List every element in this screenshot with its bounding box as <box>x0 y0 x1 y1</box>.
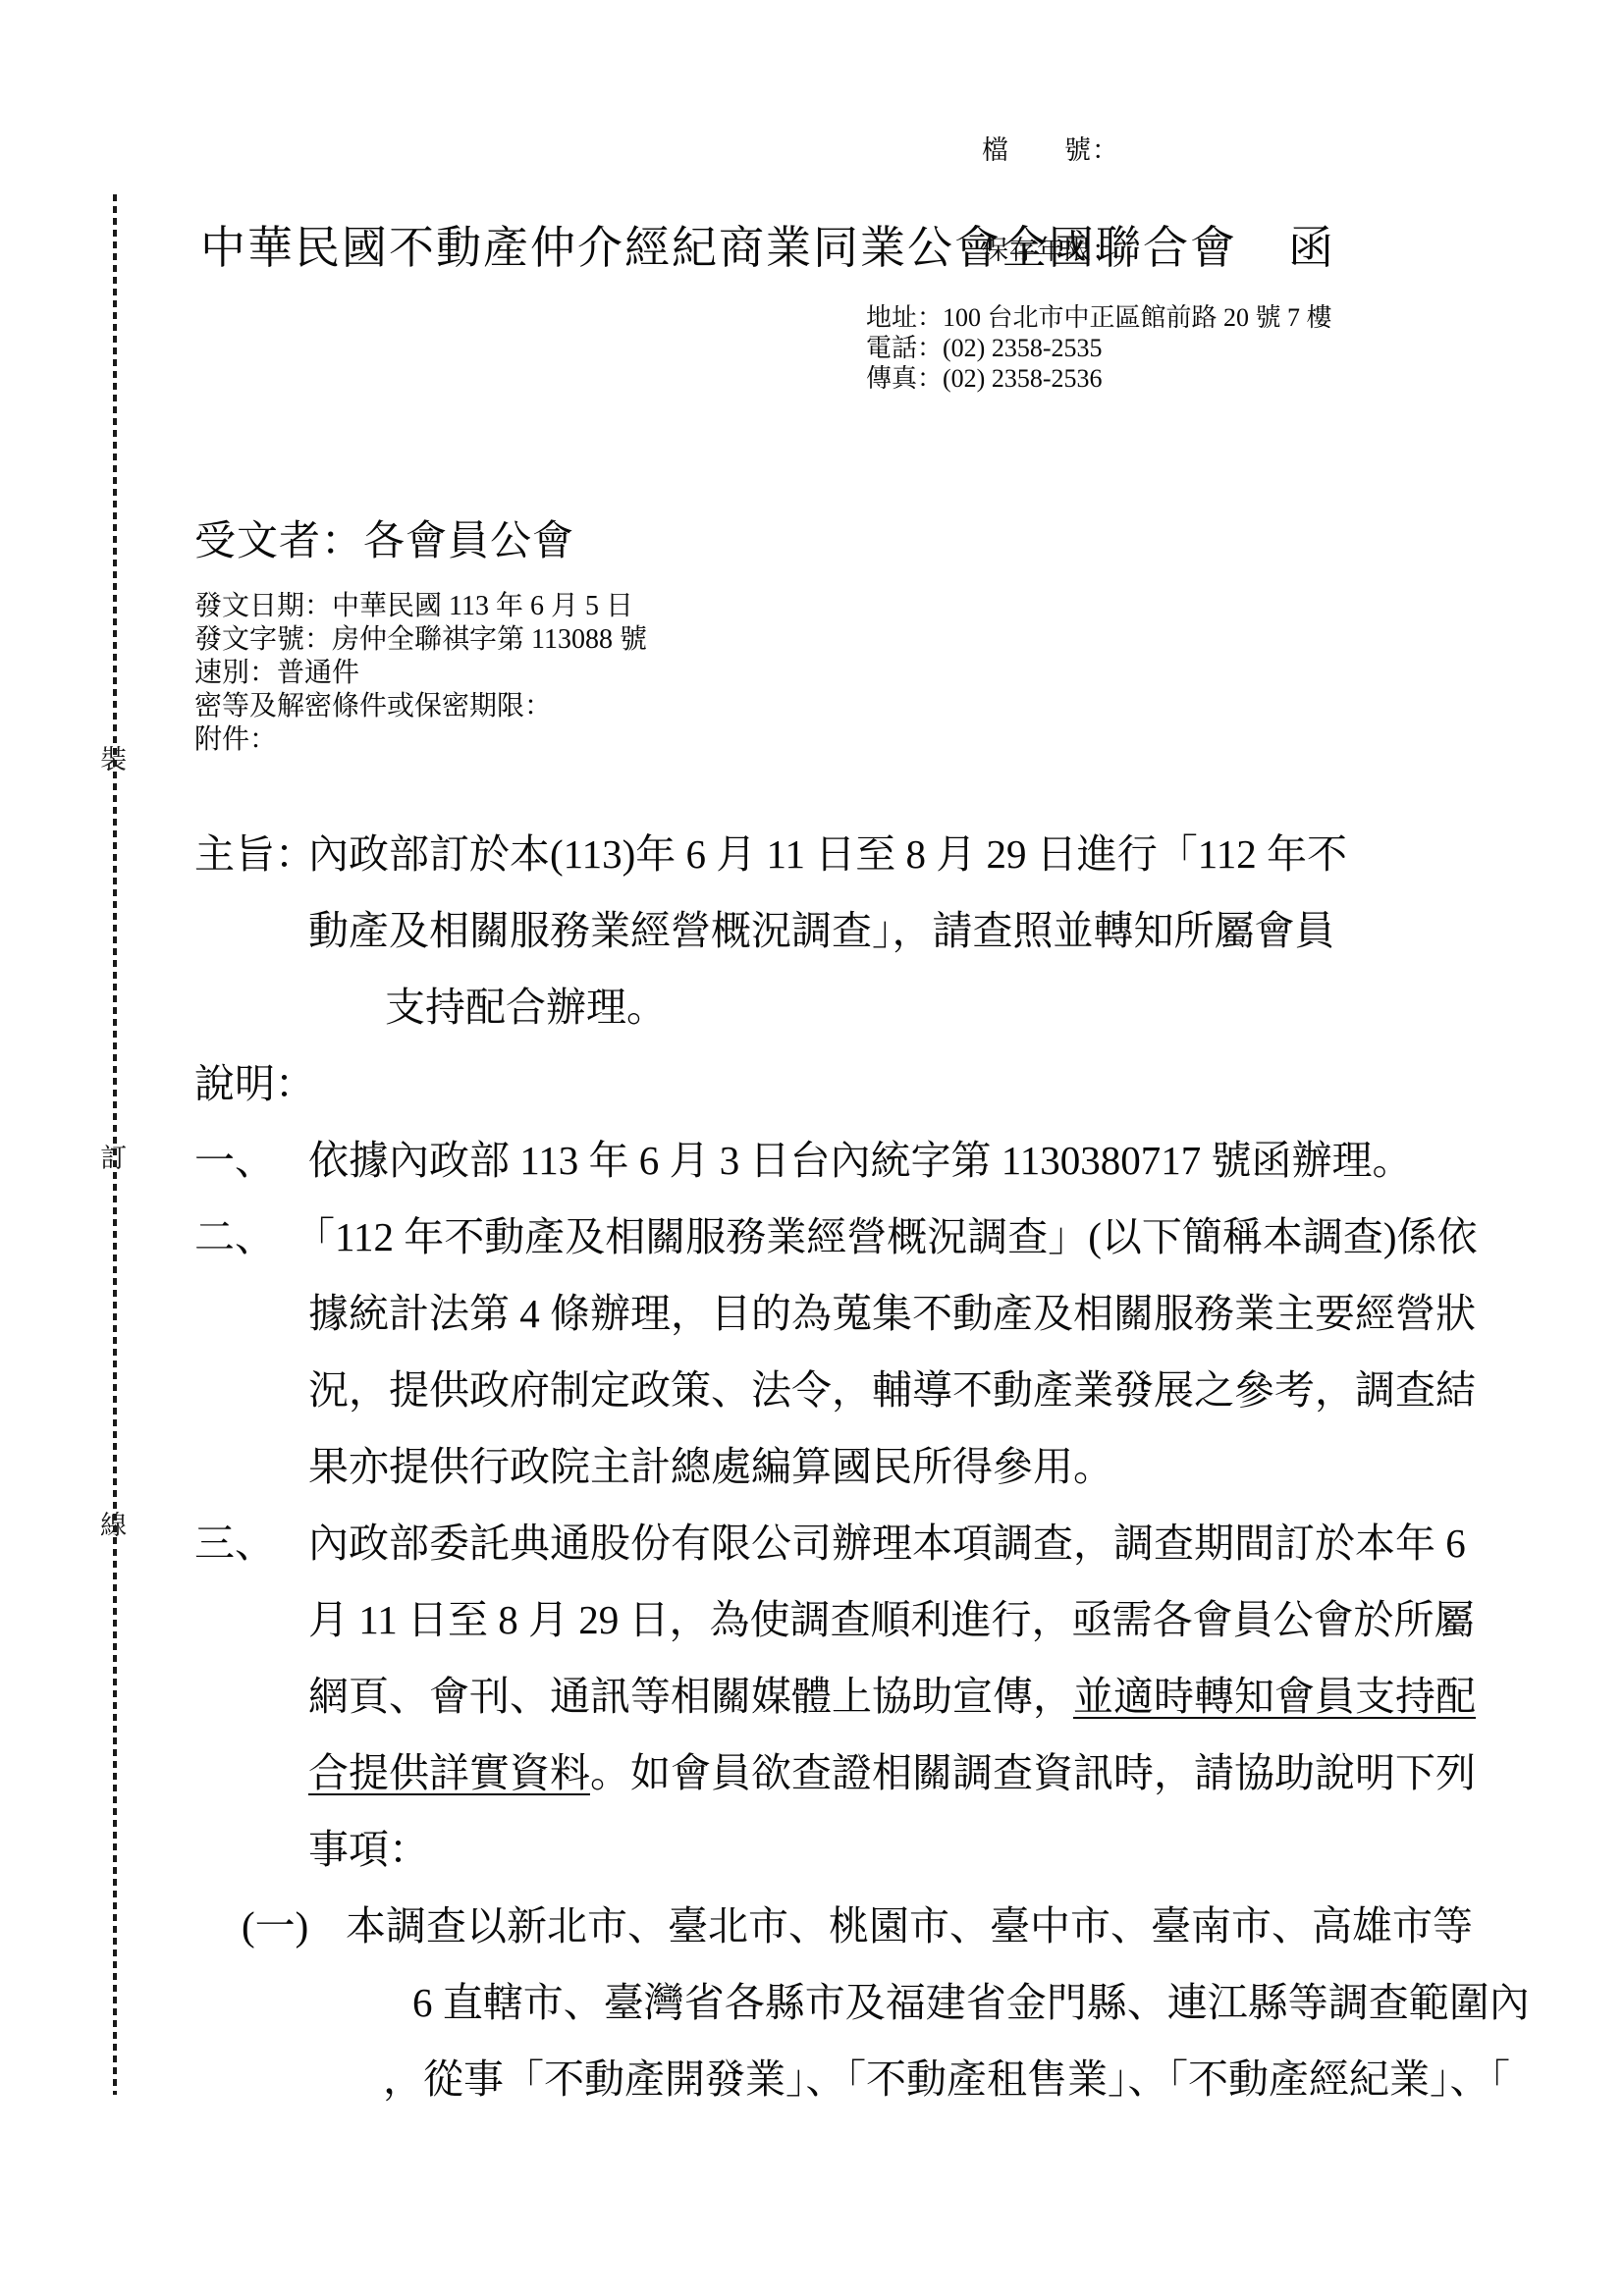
item-3-text: 事項： <box>308 1811 429 1888</box>
explanation-item-1: 一、 依據內政部 113 年 6 月 3 日台內統字第 1130380717 號… <box>0 1122 1624 1199</box>
attachment-line: 附件： <box>194 723 647 757</box>
subject-label: 主旨： <box>194 816 315 892</box>
explanation-item-2: 況，提供政府制定政策、法令，輔導不動產業發展之參考，調查結 <box>0 1352 1624 1428</box>
sub-item-1: 6 直轄市、臺灣省各縣市及福建省金門縣、連江縣等調查範圍內 <box>0 1964 1624 2041</box>
item-1-text: 依據內政部 113 年 6 月 3 日台內統字第 1130380717 號函辦理… <box>308 1122 1412 1199</box>
item-2-label: 二、 <box>194 1199 275 1275</box>
item-3-text-underlined: 並適時轉知會員支持配 <box>1073 1674 1476 1719</box>
file-info-block: 檔 號： 保存年限： <box>982 67 1119 334</box>
fax-line: 傳真：(02) 2358-2536 <box>866 363 1332 394</box>
sub-item-1: (一) 本調查以新北市、臺北市、桃園市、臺中市、臺南市、高雄市等 <box>0 1888 1624 1964</box>
subject-line: 支持配合辦理。 <box>0 969 1624 1045</box>
letter-body: 主旨： 內政部訂於本(113)年 6 月 11 日至 8 月 29 日進行「11… <box>0 816 1624 2117</box>
sub-item-1-text: 本調查以新北市、臺北市、桃園市、臺中市、臺南市、高雄市等 <box>346 1888 1473 1964</box>
item-3-text-underlined: 合提供詳實資料 <box>308 1750 590 1795</box>
explanation-item-2: 據統計法第 4 條辦理，目的為蒐集不動產及相關服務業主要經營狀 <box>0 1275 1624 1352</box>
subject-text: 內政部訂於本(113)年 6 月 11 日至 8 月 29 日進行「112 年不 <box>308 816 1347 892</box>
binding-mark-zhuang: 裝 <box>100 738 127 776</box>
phone-line: 電話：(02) 2358-2535 <box>866 333 1332 363</box>
explanation-item-3: 網頁、會刊、通訊等相關媒體上協助宣傳，並適時轉知會員支持配 <box>0 1658 1624 1735</box>
item-3-text: 內政部委託典通股份有限公司辦理本項調查，調查期間訂於本年 6 <box>308 1505 1466 1581</box>
address-line: 地址：100 台北市中正區館前路 20 號 7 樓 <box>866 302 1332 333</box>
explanation-item-3: 合提供詳實資料。如會員欲查證相關調查資訊時，請協助說明下列 <box>0 1735 1624 1811</box>
explanation-heading-line: 說明： <box>0 1045 1624 1122</box>
sub-item-1-text: 6 直轄市、臺灣省各縣市及福建省金門縣、連江縣等調查範圍內 <box>412 1964 1530 2041</box>
issue-date-line: 發文日期：中華民國 113 年 6 月 5 日 <box>194 590 647 623</box>
explanation-item-3: 月 11 日至 8 月 29 日，為使調查順利進行，亟需各會員公會於所屬 <box>0 1581 1624 1658</box>
item-3-text: 網頁、會刊、通訊等相關媒體上協助宣傳，並適時轉知會員支持配 <box>308 1658 1476 1735</box>
meta-block: 發文日期：中華民國 113 年 6 月 5 日 發文字號：房仲全聯祺字第 113… <box>194 590 647 757</box>
security-line: 密等及解密條件或保密期限： <box>194 690 647 723</box>
official-letter-page: 裝 訂 線 檔 號： 保存年限： 中華民國不動產仲介經紀商業同業公會全國聯合會函… <box>0 0 1624 2296</box>
letter-title-row: 中華民國不動產仲介經紀商業同業公會全國聯合會函 <box>200 212 1335 277</box>
document-type: 函 <box>1288 223 1335 273</box>
subject-line: 主旨： 內政部訂於本(113)年 6 月 11 日至 8 月 29 日進行「11… <box>0 816 1624 892</box>
ref-number-line: 發文字號：房仲全聯祺字第 113088 號 <box>194 623 647 657</box>
explanation-item-3: 三、 內政部委託典通股份有限公司辦理本項調查，調查期間訂於本年 6 <box>0 1505 1624 1581</box>
item-2-text: 況，提供政府制定政策、法令，輔導不動產業發展之參考，調查結 <box>308 1352 1476 1428</box>
speed-line: 速別：普通件 <box>194 657 647 690</box>
item-3-text-plain: 網頁、會刊、通訊等相關媒體上協助宣傳， <box>308 1674 1073 1719</box>
item-3-text: 合提供詳實資料。如會員欲查證相關調查資訊時，請協助說明下列 <box>308 1735 1476 1811</box>
contact-block: 地址：100 台北市中正區館前路 20 號 7 樓 電話：(02) 2358-2… <box>866 302 1332 394</box>
item-2-text: 「112 年不動產及相關服務業經營概況調查」(以下簡稱本調查)係依 <box>295 1199 1478 1275</box>
sub-item-1: ，從事「不動產開發業」、「不動產租售業」、「不動產經紀業」、「 <box>0 2041 1624 2117</box>
explanation-item-2: 果亦提供行政院主計總處編算國民所得參用。 <box>0 1428 1624 1505</box>
subject-text: 支持配合辦理。 <box>385 969 667 1045</box>
item-3-text-plain: 。如會員欲查證相關調查資訊時，請協助說明下列 <box>590 1750 1476 1795</box>
recipient-line: 受文者：各會員公會 <box>194 508 574 567</box>
sub-item-1-text: ，從事「不動產開發業」、「不動產租售業」、「不動產經紀業」、「 <box>383 2041 1510 2117</box>
item-2-text: 果亦提供行政院主計總處編算國民所得參用。 <box>308 1428 1113 1505</box>
explanation-item-2: 二、 「112 年不動產及相關服務業經營概況調查」(以下簡稱本調查)係依 <box>0 1199 1624 1275</box>
issuer-name: 中華民國不動產仲介經紀商業同業公會全國聯合會 <box>200 223 1237 273</box>
item-3-text: 月 11 日至 8 月 29 日，為使調查順利進行，亟需各會員公會於所屬 <box>308 1581 1474 1658</box>
subject-line: 動產及相關服務業經營概況調查」，請查照並轉知所屬會員 <box>0 892 1624 969</box>
explanation-item-3: 事項： <box>0 1811 1624 1888</box>
subject-text: 動產及相關服務業經營概況調查」，請查照並轉知所屬會員 <box>308 892 1335 969</box>
item-2-text: 據統計法第 4 條辦理，目的為蒐集不動產及相關服務業主要經營狀 <box>308 1275 1476 1352</box>
file-number-label: 檔 號： <box>982 133 1119 167</box>
item-1-label: 一、 <box>194 1122 275 1199</box>
explanation-heading: 說明： <box>194 1045 315 1122</box>
item-3-label: 三、 <box>194 1505 275 1581</box>
sub-item-1-label: (一) <box>242 1888 308 1964</box>
